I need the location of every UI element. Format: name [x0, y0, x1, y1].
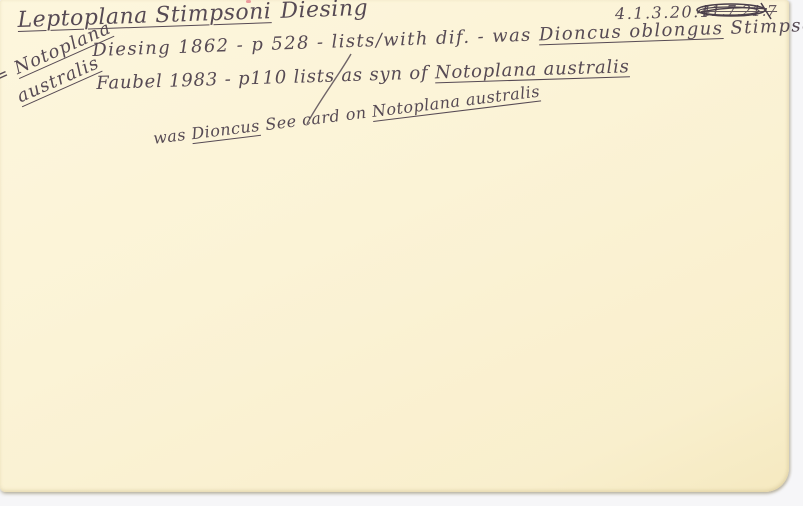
reference-faubel-synonym: Notoplana australis	[435, 56, 630, 83]
species-title: Leptoplana StimpsoniDiesing	[17, 0, 368, 33]
index-card: Leptoplana StimpsoniDiesing 4.1.3.20.1 4…	[0, 0, 789, 492]
species-author: Diesing	[280, 0, 369, 24]
species-name: Leptoplana Stimpsoni	[17, 0, 272, 33]
note-genus: Dioncus	[190, 116, 261, 143]
reference-diesing-synonym: Dioncus oblongus	[539, 18, 724, 45]
scan-speck	[246, 0, 251, 3]
note-synonym: Notoplana australis	[371, 82, 541, 121]
reference-diesing-text: Diesing 1862 - p 528 - lists/with dif. -…	[92, 24, 539, 61]
note-pre: was	[152, 124, 193, 148]
note-mid: See card on	[259, 102, 374, 135]
reference-line-faubel: Faubel 1983 - p110 lists as syn of Notop…	[96, 56, 630, 94]
reference-diesing-author: Stimpson	[723, 14, 803, 39]
scanned-page: Leptoplana StimpsoniDiesing 4.1.3.20.1 4…	[0, 0, 803, 506]
reference-faubel-text: Faubel 1983 - p110 lists as syn of	[96, 62, 435, 94]
see-card-note: was Dioncus See card on Notoplana austra…	[152, 82, 541, 148]
equals-sign: =	[0, 63, 13, 89]
